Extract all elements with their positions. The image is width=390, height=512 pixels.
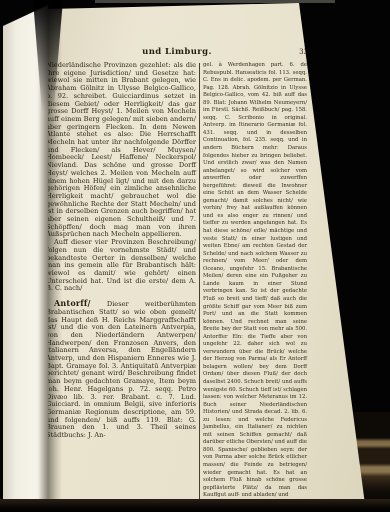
photo-bottom-edge [0,499,390,512]
paragraph-lead-word: Antorff/ [54,298,91,308]
paragraph: Auff dieser vier Provinzen Beschreibung/… [46,239,196,293]
paragraph-antorff: Antorff/ Dieser weitberühmten Brabantisc… [46,300,196,440]
book-page: und Limburg. 33 Niederländische Provinze… [44,0,366,512]
two-column-text: Niederländische Provinzen gezehlet: als … [46,62,308,510]
paragraph: gel. à Werdenhagen part. 6. de Rebuspubl… [203,62,307,500]
column-divider-rule [199,63,200,510]
running-head: und Limburg. [46,47,308,57]
photo-background: und Limburg. 33 Niederländische Provinze… [0,0,390,512]
facing-page-edges [3,0,48,512]
paragraph: Niederländische Provinzen gezehlet: als … [46,62,196,239]
column-right: gel. à Werdenhagen part. 6. de Rebuspubl… [203,62,307,510]
page-header: und Limburg. 33 [46,47,308,58]
printed-text-block: und Limburg. 33 Niederländische Provinze… [46,47,308,510]
page-top-edge [95,0,335,3]
page-number: 33 [299,48,308,56]
column-left: Niederländische Provinzen gezehlet: als … [46,62,196,510]
paragraph-text: Dieser weitberühmten Brabantischen Statt… [46,300,196,439]
